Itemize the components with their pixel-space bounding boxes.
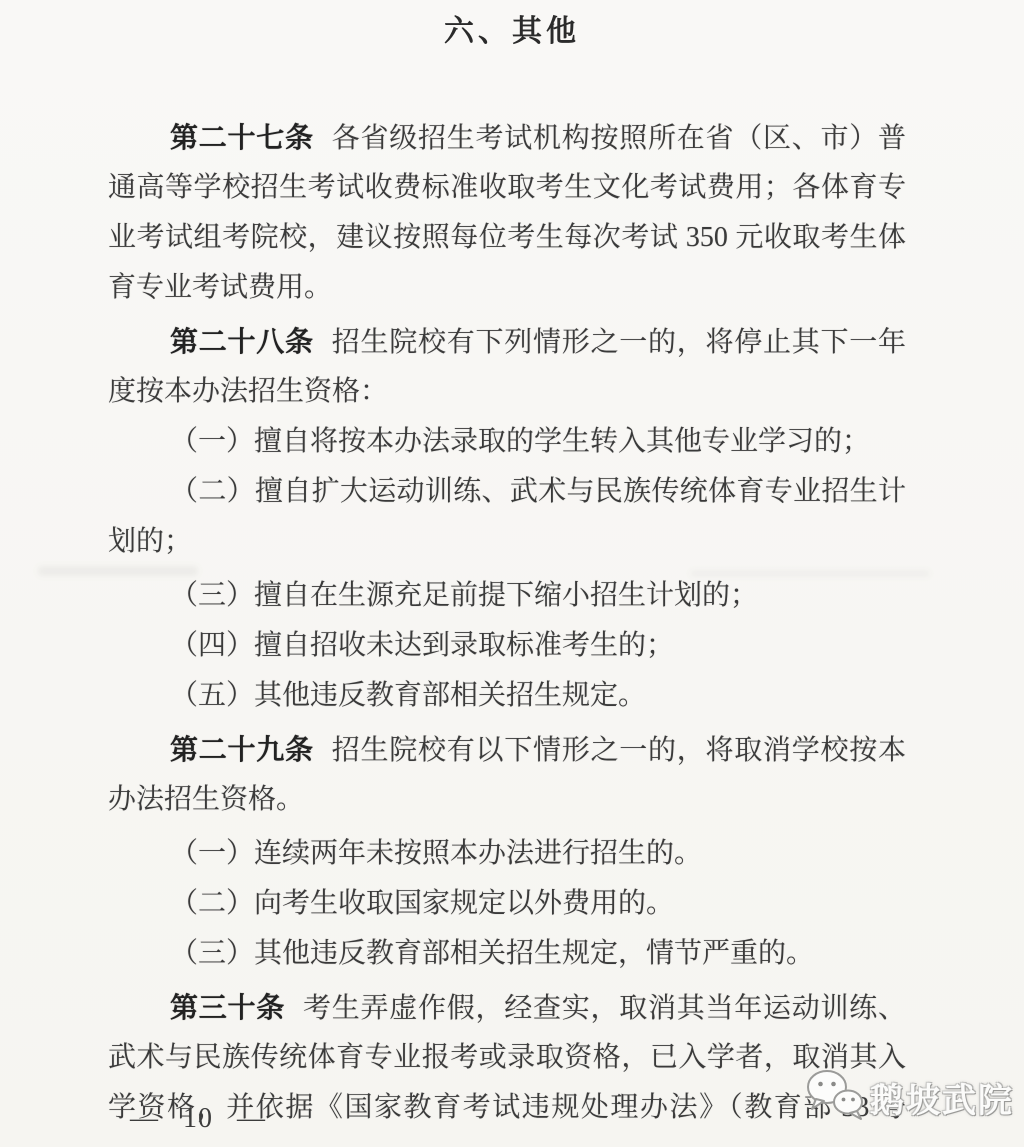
text-line: （三）擅自在生源充足前提下缩小招生计划的； — [108, 571, 906, 621]
watermark-text: 鹅坡武院 — [870, 1073, 1014, 1122]
text-line: 武术与民族传统体育专业报考或录取资格，已入学者，取消其入 — [108, 1033, 906, 1083]
text-line: （一）连续两年未按照本办法进行招生的。 — [108, 829, 906, 879]
text-line: 第二十九条招生院校有以下情形之一的，将取消学校按本 — [108, 725, 906, 775]
text-line: （四）擅自招收未达到录取标准考生的； — [108, 621, 906, 671]
text-line: 办法招生资格。 — [108, 775, 906, 825]
watermark: 鹅坡武院 — [804, 1066, 1014, 1129]
text-line: （一）擅自将按本办法录取的学生转入其他专业学习的； — [108, 417, 906, 467]
article-number: 第三十条 — [170, 992, 285, 1023]
text-line: 第二十七条各省级招生考试机构按照所在省（区、市）普 — [108, 113, 906, 163]
wechat-icon — [804, 1066, 866, 1129]
document-body: 第二十七条各省级招生考试机构按照所在省（区、市）普通高等学校招生考试收费标准收取… — [108, 113, 906, 1133]
text-line: （二）向考生收取国家规定以外费用的。 — [108, 879, 906, 929]
article-number: 第二十八条 — [170, 326, 314, 357]
text-line: （三）其他违反教育部相关招生规定，情节严重的。 — [108, 929, 906, 979]
page-title: 六、其他 — [0, 6, 1024, 50]
text-line: 度按本办法招生资格： — [108, 367, 906, 417]
article-number: 第二十九条 — [170, 734, 314, 765]
article-number: 第二十七条 — [170, 122, 314, 153]
text-line: （五）其他违反教育部相关招生规定。 — [108, 671, 906, 721]
page-number: — 10 — — [130, 1103, 266, 1135]
text-line: （二）擅自扩大运动训练、武术与民族传统体育专业招生计 — [108, 467, 906, 517]
text-line: 第三十条考生弄虚作假，经查实，取消其当年运动训练、 — [108, 983, 906, 1033]
text-line: 业考试组考院校，建议按照每位考生每次考试 350 元收取考生体 — [108, 213, 906, 263]
text-line: 通高等学校招生考试收费标准收取考生文化考试费用；各体育专 — [108, 163, 906, 213]
document-page: 六、其他 第二十七条各省级招生考试机构按照所在省（区、市）普通高等学校招生考试收… — [0, 0, 1024, 1147]
text-line: 育专业考试费用。 — [108, 263, 906, 313]
text-line: 划的； — [108, 517, 906, 567]
text-line: 第二十八条招生院校有下列情形之一的，将停止其下一年 — [108, 317, 906, 367]
